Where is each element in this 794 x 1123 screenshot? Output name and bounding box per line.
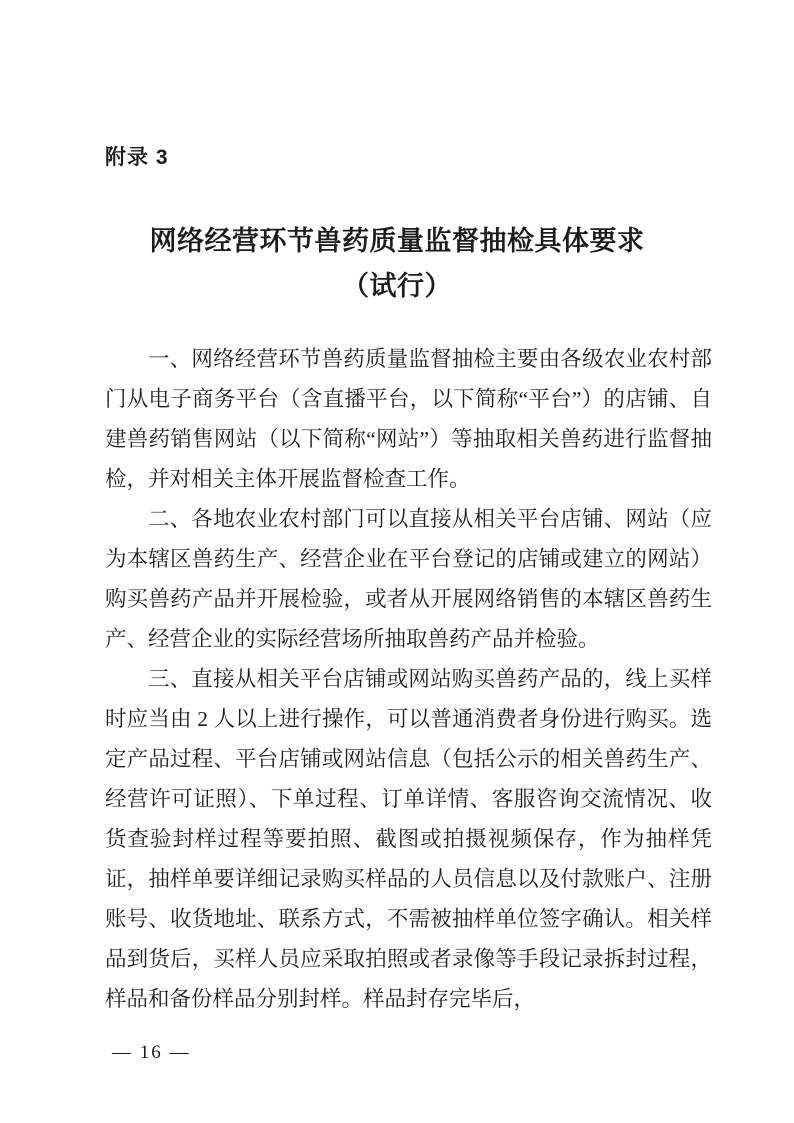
document-title: 网络经营环节兽药质量监督抽检具体要求 （试行） (0, 219, 794, 309)
document-title-line2: （试行） (0, 264, 794, 309)
document-body: 一、网络经营环节兽药质量监督抽检主要由各级农业农村部门从电子商务平台（含直播平台… (105, 339, 712, 1019)
paragraph-2: 二、各地农业农村部门可以直接从相关平台店铺、网站（应为本辖区兽药生产、经营企业在… (105, 499, 712, 659)
page-number: — 16 — (112, 1042, 191, 1064)
paragraph-1: 一、网络经营环节兽药质量监督抽检主要由各级农业农村部门从电子商务平台（含直播平台… (105, 339, 712, 499)
document-page: 附录 3 网络经营环节兽药质量监督抽检具体要求 （试行） 一、网络经营环节兽药质… (0, 0, 794, 1123)
paragraph-3: 三、直接从相关平台店铺或网站购买兽药产品的，线上买样时应当由 2 人以上进行操作… (105, 659, 712, 1019)
document-title-line1: 网络经营环节兽药质量监督抽检具体要求 (0, 219, 794, 264)
appendix-label: 附录 3 (105, 141, 169, 171)
